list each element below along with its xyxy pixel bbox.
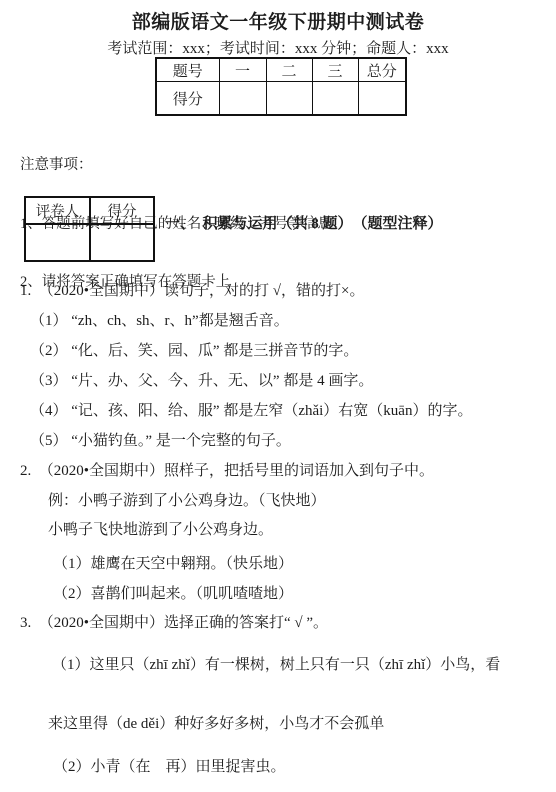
score-table-col-total: 总分 <box>358 58 406 82</box>
question-subline: （1）这里只（zhī zhǐ）有一棵树，树上只有一只（zhī zhǐ）小鸟，看 <box>52 655 500 675</box>
grader-cell <box>25 224 90 261</box>
question-subline: （5） “小猫钓鱼。” 是一个完整的句子。 <box>30 431 291 451</box>
score-cell <box>312 82 358 116</box>
question-line: 1. （2020•全国期中）读句子，对的打 √，错的打×。 <box>20 281 364 301</box>
grader-label: 评卷人 <box>25 197 90 224</box>
section-heading: 一、 积累与运用（共 8 题） （题型注释） <box>165 211 449 238</box>
question-continuation-line: 来这里得（de děi）种好多好多树，小鸟才不会孤单 <box>48 714 384 734</box>
score-table-header-row: 题号 一 二 三 总分 <box>156 58 406 82</box>
score-table: 题号 一 二 三 总分 得分 <box>155 57 407 116</box>
score-table-col-3: 三 <box>312 58 358 82</box>
question-subline: （2） “化、后、笑、园、瓜” 都是三拼音节的字。 <box>30 341 358 361</box>
exam-paper-page: 部编版语文一年级下册期中测试卷 考试范围：xxx；考试时间：xxx 分钟；命题人… <box>0 0 556 792</box>
question-subline: （1） “zh、ch、sh、r、h”都是翘舌音。 <box>30 311 289 331</box>
grader-score-label: 得分 <box>90 197 154 224</box>
question-subline: （3） “片、办、父、今、升、无、以” 都是 4 画字。 <box>30 371 373 391</box>
grader-table-header-row: 评卷人 得分 <box>25 197 154 224</box>
score-table-score-row: 得分 <box>156 82 406 116</box>
score-cell <box>358 82 406 116</box>
question-subline: （4） “记、孩、阳、给、服” 都是左窄（zhǎi）右宽（kuān）的字。 <box>30 401 472 421</box>
grader-table: 评卷人 得分 <box>24 196 155 262</box>
question-line: 3. （2020•全国期中）选择正确的答案打“ √ ”。 <box>20 613 328 633</box>
question-line: 2. （2020•全国期中）照样子，把括号里的词语加入到句子中。 <box>20 461 434 481</box>
notes-heading: 注意事项： <box>20 156 332 176</box>
score-table-corner-label: 题号 <box>156 58 219 82</box>
question-subline: （2）小青（在 再）田里捉害虫。 <box>53 757 286 777</box>
score-table-col-2: 二 <box>266 58 312 82</box>
score-cell <box>266 82 312 116</box>
question-example-line: 小鸭子飞快地游到了小公鸡身边。 <box>48 520 273 540</box>
score-row-label: 得分 <box>156 82 219 116</box>
score-cell <box>219 82 266 116</box>
score-table-col-1: 一 <box>219 58 266 82</box>
grader-table-blank-row <box>25 224 154 261</box>
grader-cell <box>90 224 154 261</box>
page-title: 部编版语文一年级下册期中测试卷 <box>0 7 556 34</box>
question-subline: （1）雄鹰在天空中翱翔。（快乐地） <box>53 554 293 574</box>
exam-meta-line: 考试范围：xxx；考试时间：xxx 分钟；命题人：xxx <box>0 37 556 58</box>
question-subline: （2）喜鹊们叫起来。（叽叽喳喳地） <box>53 584 293 604</box>
question-example-line: 例：小鸭子游到了小公鸡身边。（飞快地） <box>48 491 326 511</box>
